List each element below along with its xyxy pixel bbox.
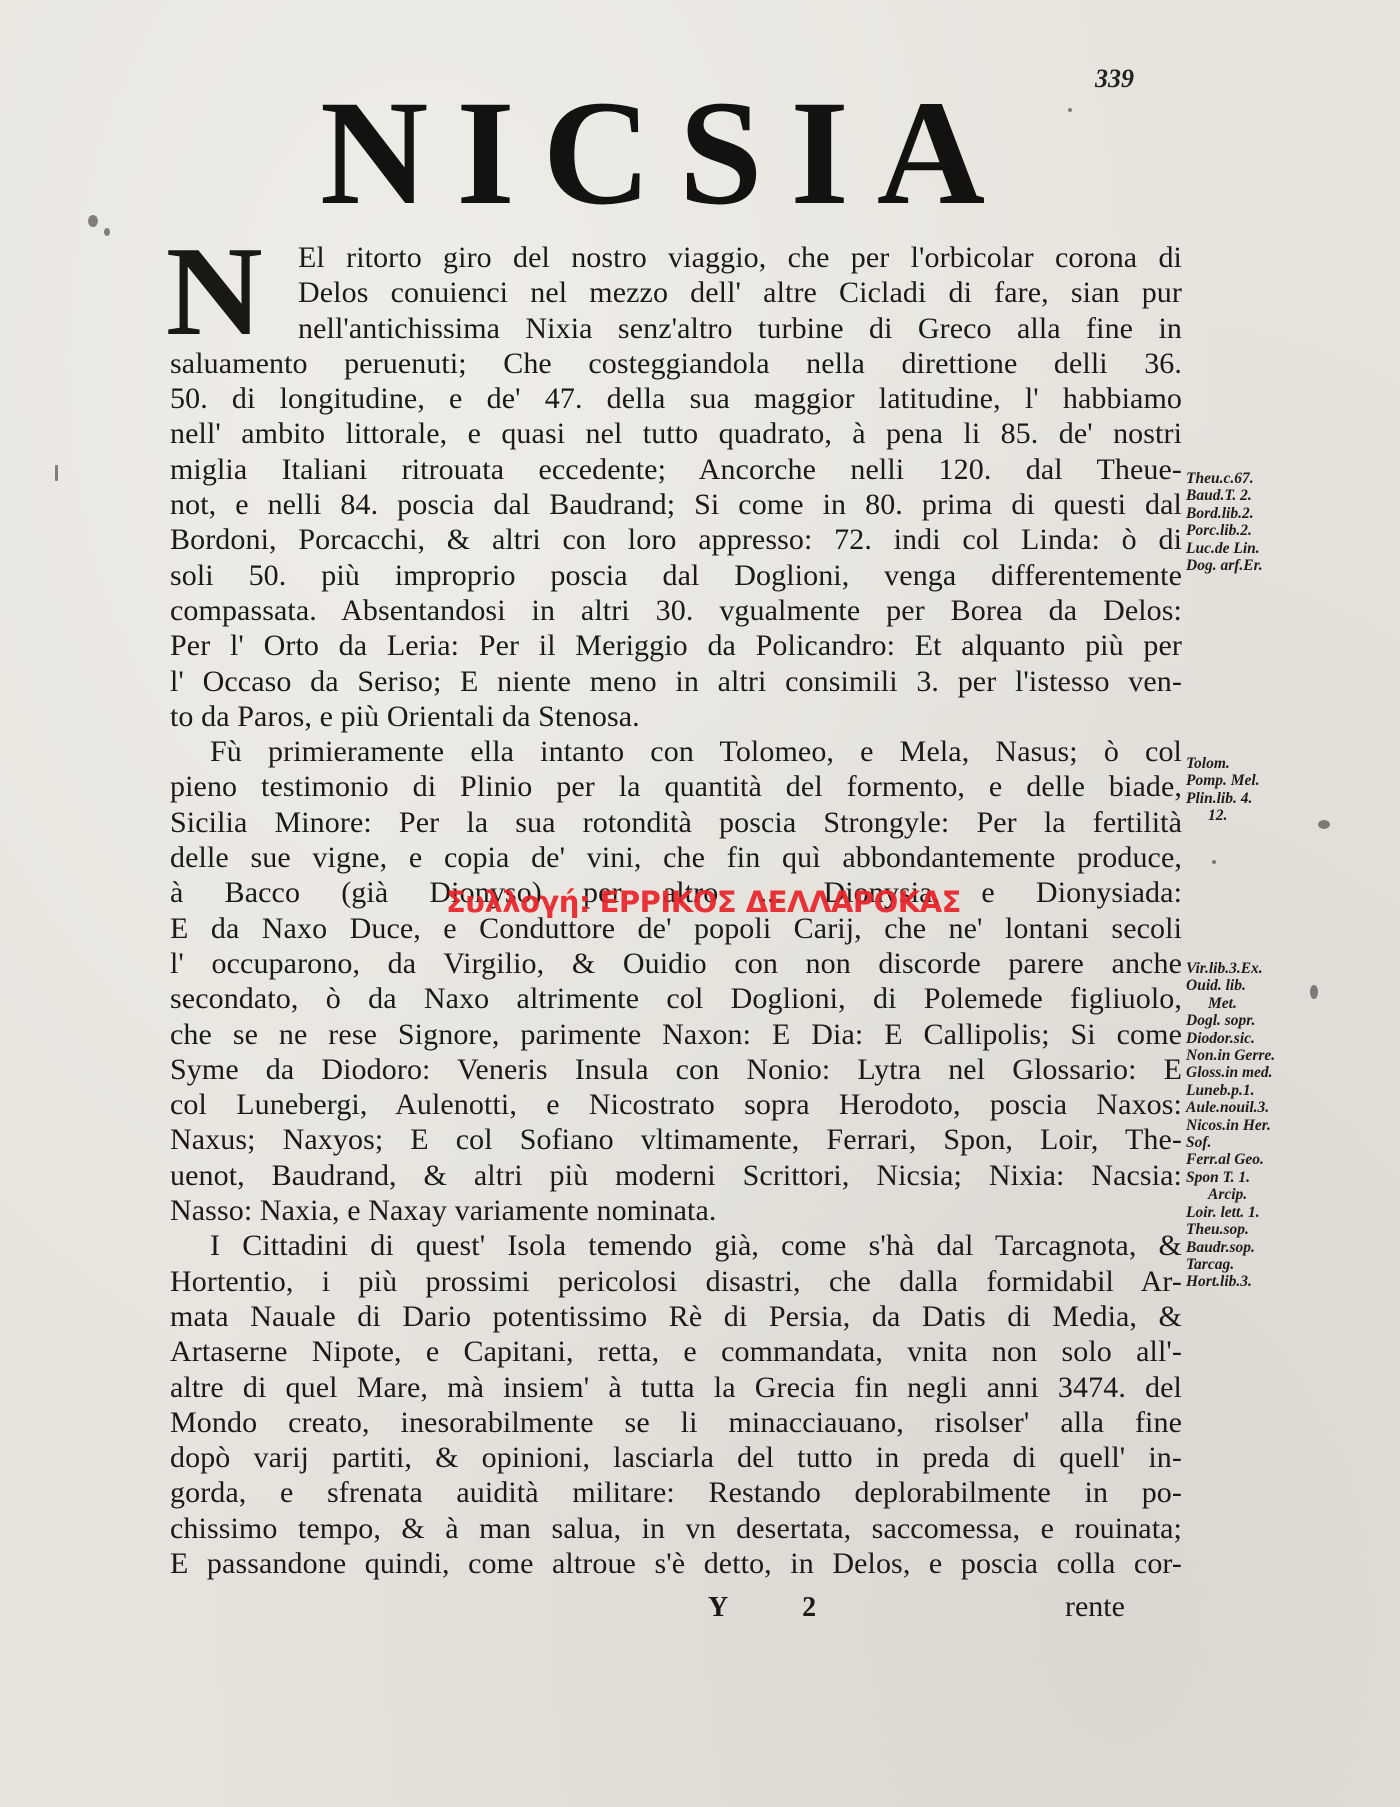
margin-note: Met. <box>1186 995 1346 1012</box>
text-line: nell' ambito littorale, e quasi nel tutt… <box>170 416 1182 451</box>
text-line: Nasso: Naxia, e Naxay variamente nominat… <box>170 1193 1182 1228</box>
text-line: Naxus; Naxyos; E col Sofiano vltimamente… <box>170 1122 1182 1157</box>
margin-note: Baud.T. 2. <box>1186 487 1346 504</box>
text-line: delle sue vigne, e copia de' vini, che f… <box>170 840 1182 875</box>
ink-speck <box>1212 860 1216 864</box>
margin-note: Ferr.al Geo. <box>1186 1151 1346 1168</box>
text-line: Per l' Orto da Leria: Per il Meriggio da… <box>170 628 1182 663</box>
text-line: pieno testimonio di Plinio per la quanti… <box>170 769 1182 804</box>
margin-notes-group-3: Vir.lib.3.Ex. Ouid. lib. Met. Dogl. sopr… <box>1186 960 1346 1291</box>
margin-note: Arcip. <box>1186 1186 1346 1203</box>
text-line: nell'antichissima Nixia senz'altro turbi… <box>170 311 1182 346</box>
margin-note: Theu.sop. <box>1186 1221 1346 1238</box>
margin-note: Porc.lib.2. <box>1186 522 1346 539</box>
page-title: NICSIA <box>320 78 1040 228</box>
margin-note: Vir.lib.3.Ex. <box>1186 960 1346 977</box>
margin-note: Tolom. <box>1186 755 1346 772</box>
margin-note: Baudr.sop. <box>1186 1239 1346 1256</box>
ink-speck <box>1068 108 1072 112</box>
ink-speck <box>55 465 58 481</box>
paragraph-start-line: Fù primieramente ella intanto con Tolome… <box>170 734 1182 769</box>
text-line: gorda, e sfrenata auidità militare: Rest… <box>170 1475 1182 1510</box>
margin-note: Diodor.sic. <box>1186 1030 1346 1047</box>
text-line: not, e nelli 84. poscia dal Baudrand; Si… <box>170 487 1182 522</box>
text-line: E passandone quindi, come altroue s'è de… <box>170 1546 1182 1581</box>
text-line: saluamento peruenuti; Che costeggiandola… <box>170 346 1182 381</box>
text-line: miglia Italiani ritrouata eccedente; Anc… <box>170 452 1182 487</box>
printer-signature-mark: Y 2 <box>708 1592 850 1624</box>
text-line: altre di quel Mare, mà insiem' à tutta l… <box>170 1370 1182 1405</box>
text-line: compassata. Absentandosi in altri 30. vg… <box>170 593 1182 628</box>
margin-note: Ouid. lib. <box>1186 977 1346 994</box>
margin-note: Gloss.in med. <box>1186 1064 1346 1081</box>
text-line: l' Occaso da Seriso; E niente meno in al… <box>170 664 1182 699</box>
text-line: mata Nauale di Dario potentissimo Rè di … <box>170 1299 1182 1334</box>
text-line: l' occuparono, da Virgilio, & Ouidio con… <box>170 946 1182 981</box>
margin-note: Hort.lib.3. <box>1186 1273 1346 1290</box>
text-line: Syme da Diodoro: Veneris Insula con Noni… <box>170 1052 1182 1087</box>
margin-note: Theu.c.67. <box>1186 470 1346 487</box>
margin-note: Nicos.in Her. <box>1186 1117 1346 1134</box>
text-line: 50. di longitudine, e de' 47. della sua … <box>170 381 1182 416</box>
text-line: Hortentio, i più prossimi pericolosi dis… <box>170 1264 1182 1299</box>
text-line: soli 50. più improprio poscia dal Doglio… <box>170 558 1182 593</box>
margin-note: Spon T. 1. <box>1186 1169 1346 1186</box>
margin-note: Luc.de Lin. <box>1186 540 1346 557</box>
catchword: rente <box>1065 1590 1125 1624</box>
margin-note: Plin.lib. 4. <box>1186 790 1346 807</box>
paragraph-start-line: I Cittadini di quest' Isola temendo già,… <box>170 1228 1182 1263</box>
ink-speck <box>104 228 110 236</box>
text-line: Bordoni, Porcacchi, & altri con loro app… <box>170 522 1182 557</box>
text-line: El ritorto giro del nostro viaggio, che … <box>170 240 1182 275</box>
margin-note: Dogl. sopr. <box>1186 1012 1346 1029</box>
ink-speck <box>1310 985 1318 999</box>
text-line: Sicilia Minore: Per la sua rotondità pos… <box>170 805 1182 840</box>
margin-note: Sof. <box>1186 1134 1346 1151</box>
book-page: 339 NICSIA N El ritorto giro del nostro … <box>0 0 1400 1807</box>
text-line: secondato, ò da Naxo altrimente col Dogl… <box>170 981 1182 1016</box>
text-line: chissimo tempo, & à man salua, in vn des… <box>170 1511 1182 1546</box>
collection-watermark: Συλλογή: ΕΡΡΙΚΟΣ ΔΕΛΛΑΡΟΚΑΣ <box>446 885 961 919</box>
text-line: Delos conuienci nel mezzo dell' altre Ci… <box>170 275 1182 310</box>
text-line: che se ne rese Signore, parimente Naxon:… <box>170 1017 1182 1052</box>
text-line: to da Paros, e più Orientali da Stenosa. <box>170 699 1182 734</box>
text-line: uenot, Baudrand, & altri più moderni Scr… <box>170 1158 1182 1193</box>
margin-note: Luneb.p.1. <box>1186 1082 1346 1099</box>
margin-note: Tarcag. <box>1186 1256 1346 1273</box>
margin-note: Pomp. Mel. <box>1186 772 1346 789</box>
page-number: 339 <box>1095 64 1134 94</box>
margin-notes-group-2: Tolom. Pomp. Mel. Plin.lib. 4. 12. <box>1186 755 1346 825</box>
margin-note: Bord.lib.2. <box>1186 505 1346 522</box>
ink-speck <box>1318 820 1330 829</box>
margin-note: Non.in Gerre. <box>1186 1047 1346 1064</box>
margin-note: Loir. lett. 1. <box>1186 1204 1346 1221</box>
margin-note: Dog. arf.Er. <box>1186 557 1346 574</box>
ink-speck <box>88 215 98 227</box>
margin-notes-group-1: Theu.c.67. Baud.T. 2. Bord.lib.2. Porc.l… <box>1186 470 1346 574</box>
margin-note: Aule.nouil.3. <box>1186 1099 1346 1116</box>
text-line: dopò varij partiti, & opinioni, lasciarl… <box>170 1440 1182 1475</box>
text-line: Mondo creato, inesorabilmente se li mina… <box>170 1405 1182 1440</box>
text-line: col Lunebergi, Aulenotti, e Nicostrato s… <box>170 1087 1182 1122</box>
text-line: Artaserne Nipote, e Capitani, retta, e c… <box>170 1334 1182 1369</box>
